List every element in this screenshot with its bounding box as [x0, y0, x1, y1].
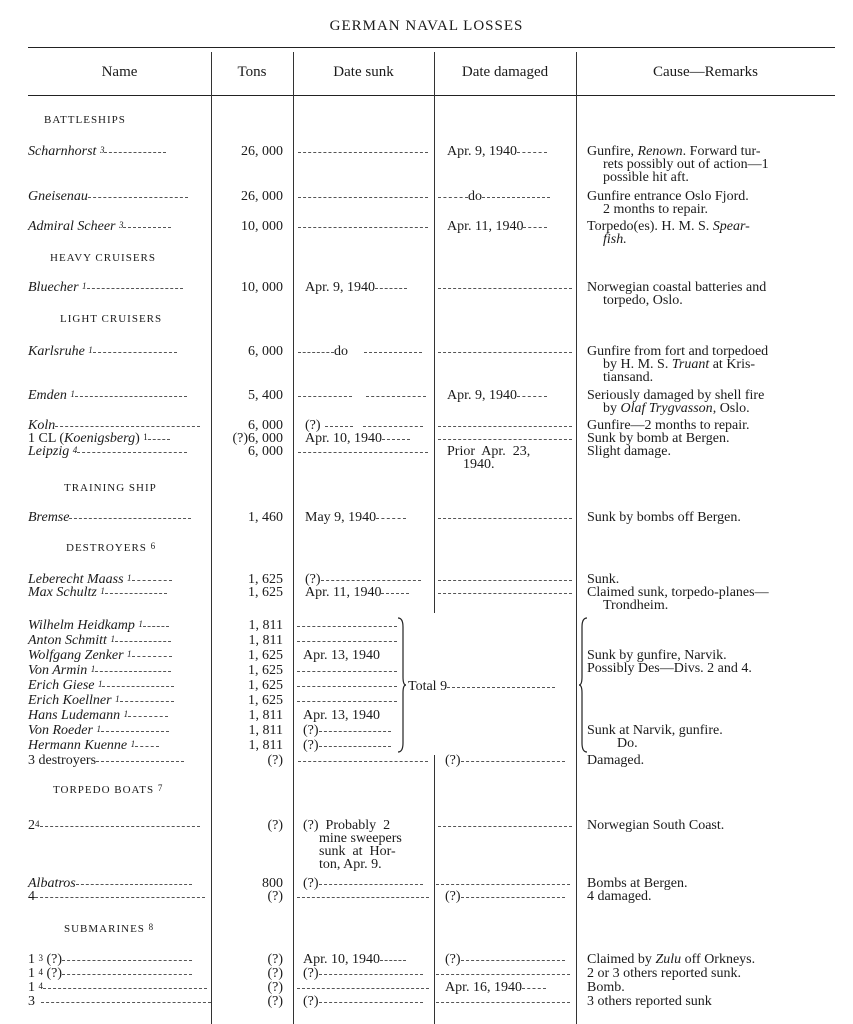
table-row-tons: 1, 625: [211, 664, 283, 677]
table-row-tons: 5, 400: [211, 389, 283, 402]
table-row-sunk: Apr. 10, 1940: [303, 953, 406, 966]
table-row-name: Albatros: [28, 877, 192, 890]
table-row-sunk: (?): [303, 967, 423, 980]
table-row-name: Leipzig 4: [28, 445, 187, 458]
table-row-damaged: [438, 573, 572, 586]
table-row-tons: 1, 811: [211, 739, 283, 752]
table-row-remarks: 3 others reported sunk: [587, 995, 712, 1008]
table-row-name: 4: [28, 890, 205, 903]
table-row-sunk: Apr. 9, 1940: [305, 281, 407, 294]
table-row-damaged: [438, 281, 572, 294]
col-divider-damaged-remarks: [576, 52, 577, 1024]
section-training-ship: TRAINING SHIP: [64, 482, 157, 494]
table-row-sunk: [297, 890, 429, 903]
table-row-damaged: [438, 586, 572, 599]
table-row-sunk: [298, 190, 428, 203]
section-battleships: BATTLESHIPS: [44, 114, 126, 126]
narvik-remarks: Sunk at Narvik, gunfire.: [587, 724, 723, 737]
table-row-tons: (?): [211, 981, 283, 994]
table-row-name: Von Armin 1: [28, 664, 171, 677]
header-name: Name: [28, 64, 211, 81]
header-date-sunk: Date sunk: [293, 64, 434, 81]
table-row-tons: 1, 811: [211, 724, 283, 737]
header-cause-remarks: Cause—Remarks: [576, 64, 835, 81]
table-row-tons: 1, 625: [211, 694, 283, 707]
table-row-name: Anton Schmitt 1: [28, 634, 171, 647]
table-row-remarks-cont: torpedo, Oslo.: [603, 294, 683, 307]
table-row-sunk: [297, 694, 397, 707]
table-row-damaged: (?): [445, 754, 565, 767]
table-row-remarks-cont: by Olaf Trygvasson, Oslo.: [603, 402, 750, 415]
table-row-remarks-cont: 2 months to repair.: [603, 203, 708, 216]
table-row-sunk: [298, 220, 428, 233]
table-row-tons: 10, 000: [211, 281, 283, 294]
table-row-sunk: [297, 634, 397, 647]
table-row-remarks-cont: fish.: [603, 233, 627, 246]
table-row-damaged: [438, 511, 572, 524]
narvik-remarks: Do.: [617, 737, 638, 750]
table-row-tons: 1, 811: [211, 619, 283, 632]
narvik-total: Total 9: [408, 680, 555, 693]
table-row-name: Hans Ludemann 1: [28, 709, 168, 722]
table-row-tons: 1, 625: [211, 679, 283, 692]
table-row-name: Wolfgang Zenker 1: [28, 649, 172, 662]
table-row-name: 3: [28, 995, 211, 1008]
page-title: GERMAN NAVAL LOSSES: [0, 18, 853, 35]
table-row-tons: 26, 000: [211, 145, 283, 158]
table-row-damaged: do: [438, 190, 550, 203]
table-row-sunk: May 9, 1940: [305, 511, 406, 524]
table-row-sunk: [298, 145, 428, 158]
table-row-name: Hermann Kuenne 1: [28, 739, 159, 752]
table-row-remarks: Claimed by Zulu off Orkneys.: [587, 953, 755, 966]
header-rule: [28, 95, 835, 96]
section-torpedo-boats: TORPEDO BOATS 7: [53, 784, 163, 796]
table-row-sunk-cont: ton, Apr. 9.: [319, 858, 382, 871]
table-row-name: Scharnhorst 3: [28, 145, 166, 158]
table-row-remarks-cont: possible hit aft.: [603, 171, 689, 184]
table-row-tons: (?): [211, 995, 283, 1008]
table-row-name: 3 destroyers: [28, 754, 184, 767]
table-row-remarks-cont: Trondheim.: [603, 599, 668, 612]
table-row-remarks: Damaged.: [587, 754, 644, 767]
table-row-sunk: (?): [303, 739, 391, 752]
section-destroyers: DESTROYERS 6: [66, 542, 156, 554]
table-row-sunk: [298, 754, 428, 767]
table-row-name: Admiral Scheer 3: [28, 220, 171, 233]
table-row-damaged: Apr. 11, 1940: [447, 220, 547, 233]
table-row-sunk: [297, 619, 397, 632]
table-row-sunk: Apr. 11, 1940: [305, 586, 409, 599]
top-rule: [28, 47, 835, 48]
right-brace-icon: [397, 617, 407, 753]
table-row-tons: 26, 000: [211, 190, 283, 203]
header-date-damaged: Date damaged: [434, 64, 576, 81]
table-row-sunk: [297, 679, 397, 692]
table-row-damaged: Apr. 16, 1940: [445, 981, 546, 994]
table-row-tons: 1, 811: [211, 634, 283, 647]
table-row-name: Bremse: [28, 511, 191, 524]
table-row-sunk: Apr. 13, 1940: [303, 709, 380, 722]
table-row-tons: 1, 460: [211, 511, 283, 524]
table-row-damaged: [436, 967, 570, 980]
table-row-sunk: [298, 389, 426, 402]
table-row-damaged: [438, 819, 572, 832]
table-row-sunk: [297, 981, 429, 994]
table-row-damaged: [436, 995, 570, 1008]
table-row-tons: (?): [211, 754, 283, 767]
table-row-name: Von Roeder 1: [28, 724, 169, 737]
table-row-sunk: Apr. 10, 1940: [305, 432, 410, 445]
narvik-remarks: Possibly Des—Divs. 2 and 4.: [587, 662, 752, 675]
table-row-tons: 6, 000: [211, 345, 283, 358]
table-row-remarks: 4 damaged.: [587, 890, 652, 903]
table-row-tons: 6, 000: [211, 445, 283, 458]
table-row-tons: (?): [211, 953, 283, 966]
section-heavy-cruisers: HEAVY CRUISERS: [50, 252, 156, 264]
table-row-sunk: do: [298, 345, 422, 358]
table-row-name: 1 4: [28, 981, 207, 994]
table-row-sunk: (?): [303, 995, 423, 1008]
table-row-damaged: Apr. 9, 1940: [447, 389, 547, 402]
table-row-name: Bluecher 1: [28, 281, 183, 294]
table-row-name: Karlsruhe 1: [28, 345, 177, 358]
section-light-cruisers: LIGHT CRUISERS: [60, 313, 162, 325]
col-divider-tons-sunk: [293, 52, 294, 1024]
table-row-tons: 1, 625: [211, 586, 283, 599]
table-row-tons: (?): [211, 819, 283, 832]
table-row-name: 1 4 (?): [28, 967, 192, 980]
table-row-damaged: (?): [445, 890, 565, 903]
table-row-name: Gneisenau: [28, 190, 188, 203]
table-row-remarks: Norwegian South Coast.: [587, 819, 724, 832]
table-row-sunk: [297, 664, 397, 677]
table-row-name: Erich Koellner 1: [28, 694, 174, 707]
table-row-tons: 1, 625: [211, 649, 283, 662]
table-row-sunk: Apr. 13, 1940: [303, 649, 380, 662]
section-submarines: SUBMARINES 8: [64, 923, 154, 935]
table-row-name: Erich Giese 1: [28, 679, 174, 692]
table-row-damaged: [438, 345, 572, 358]
table-row-damaged: [438, 419, 572, 432]
table-row-sunk: (?): [303, 877, 423, 890]
table-row-remarks: 2 or 3 others reported sunk.: [587, 967, 741, 980]
table-row-sunk: [298, 445, 428, 458]
table-row-remarks: Sunk by bombs off Bergen.: [587, 511, 741, 524]
header-tons: Tons: [211, 64, 293, 81]
table-row-tons: 1, 811: [211, 709, 283, 722]
table-row-tons: (?): [211, 967, 283, 980]
table-row-remarks: Slight damage.: [587, 445, 671, 458]
table-row-sunk: (?): [303, 724, 391, 737]
col-divider-sunk-damaged: [434, 52, 435, 613]
table-row-name: 24: [28, 819, 200, 832]
table-row-tons: 10, 000: [211, 220, 283, 233]
table-row-damaged-cont: 1940.: [463, 458, 495, 471]
table-row-damaged: (?): [445, 953, 565, 966]
col-divider-sunk-damaged-lower: [434, 755, 435, 1024]
table-row-name: 1 3 (?): [28, 953, 192, 966]
table-row-remarks: Bomb.: [587, 981, 625, 994]
table-row-name: Emden 1: [28, 389, 187, 402]
table-row-name: Max Schultz 1: [28, 586, 167, 599]
table-row-tons: (?): [211, 890, 283, 903]
table-row-name: Wilhelm Heidkamp 1: [28, 619, 169, 632]
table-row-damaged: Apr. 9, 1940: [447, 145, 547, 158]
table-row-remarks-cont: tiansand.: [603, 371, 653, 384]
